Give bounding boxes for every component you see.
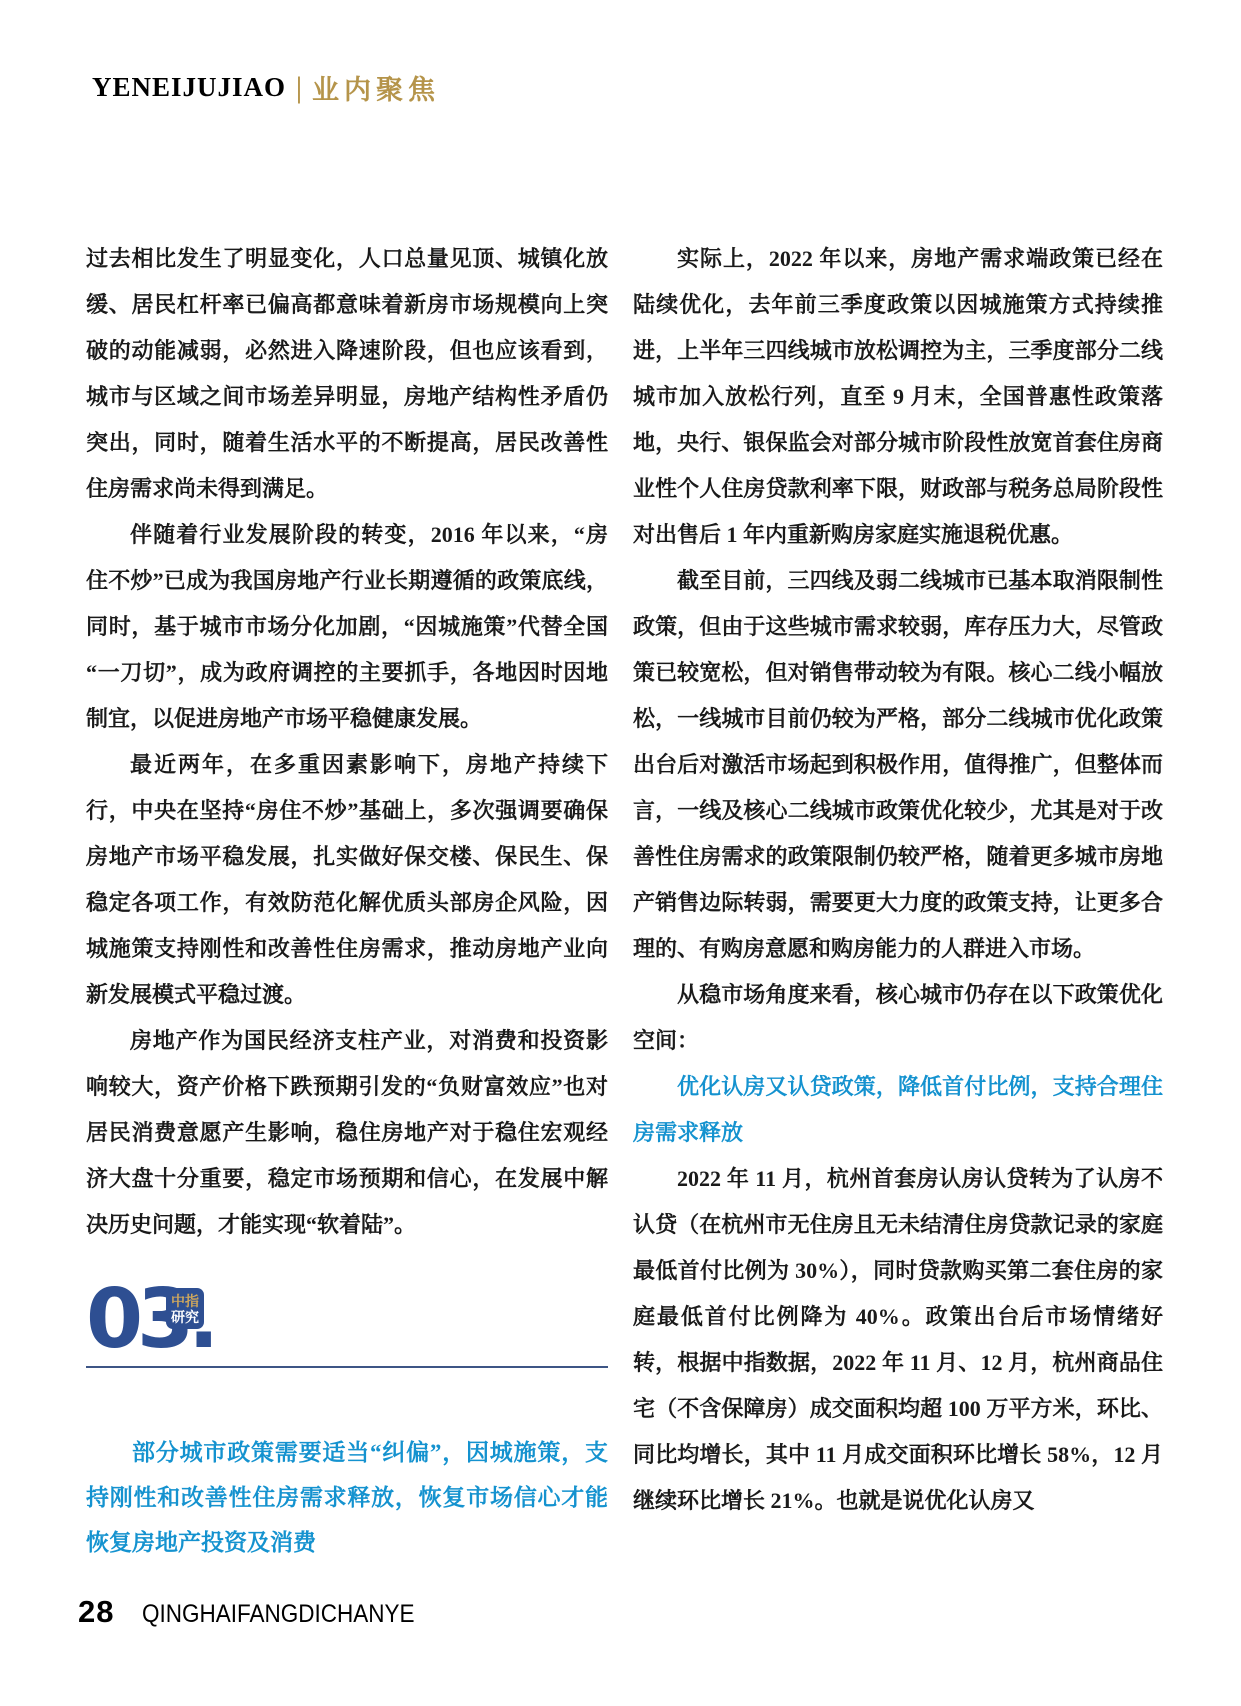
paragraph: 2022 年 11 月，杭州首套房认房认贷转为了认房不认贷（在杭州市无住房且无未… [633, 1156, 1163, 1524]
section-number: 03. 中指 研究 [86, 1284, 608, 1364]
paragraph: 过去相比发生了明显变化，人口总量见顶、城镇化放缓、居民杠杆率已偏高都意味着新房市… [86, 236, 608, 512]
paragraph: 从稳市场角度来看，核心城市仍存在以下政策优化空间： [633, 972, 1163, 1064]
paragraph: 截至目前，三四线及弱二线城市已基本取消限制性政策，但由于这些城市需求较弱，库存压… [633, 558, 1163, 972]
paragraph: 最近两年，在多重因素影响下，房地产持续下行，中央在坚持“房住不炒”基础上，多次强… [86, 742, 608, 1018]
subheading-highlight: 优化认房又认贷政策，降低首付比例，支持合理住房需求释放 [633, 1064, 1163, 1156]
page-footer: 28 QINGHAIFANGDICHANYE [78, 1594, 445, 1630]
zhongzhi-research-badge: 中指 研究 [166, 1288, 204, 1329]
badge-line-top: 中指 [171, 1294, 199, 1308]
right-column: 实际上，2022 年以来，房地产需求端政策已经在陆续优化，去年前三季度政策以因城… [633, 236, 1163, 1524]
page-number: 28 [78, 1594, 114, 1630]
journal-name: QINGHAIFANGDICHANYE [142, 1600, 415, 1629]
paragraph: 房地产作为国民经济支柱产业，对消费和投资影响较大，资产价格下跌预期引发的“负财富… [86, 1018, 608, 1248]
paragraph: 伴随着行业发展阶段的转变，2016 年以来，“房住不炒”已成为我国房地产行业长期… [86, 512, 608, 742]
brand-title: YENEIJUJIAO [92, 72, 286, 103]
section-divider [86, 1366, 608, 1368]
page-header: YENEIJUJIAO | 业内聚焦 [92, 68, 440, 107]
header-divider: | [296, 70, 302, 104]
subheading-highlight: 部分城市政策需要适当“纠偏”，因城施策，支持刚性和改善性住房需求释放，恢复市场信… [86, 1430, 608, 1565]
left-column: 过去相比发生了明显变化，人口总量见顶、城镇化放缓、居民杠杆率已偏高都意味着新房市… [86, 236, 608, 1248]
magazine-page: YENEIJUJIAO | 业内聚焦 过去相比发生了明显变化，人口总量见顶、城镇… [0, 0, 1241, 1706]
badge-line-bottom: 研究 [171, 1310, 199, 1324]
paragraph: 实际上，2022 年以来，房地产需求端政策已经在陆续优化，去年前三季度政策以因城… [633, 236, 1163, 558]
section-title: 业内聚焦 [312, 68, 440, 107]
